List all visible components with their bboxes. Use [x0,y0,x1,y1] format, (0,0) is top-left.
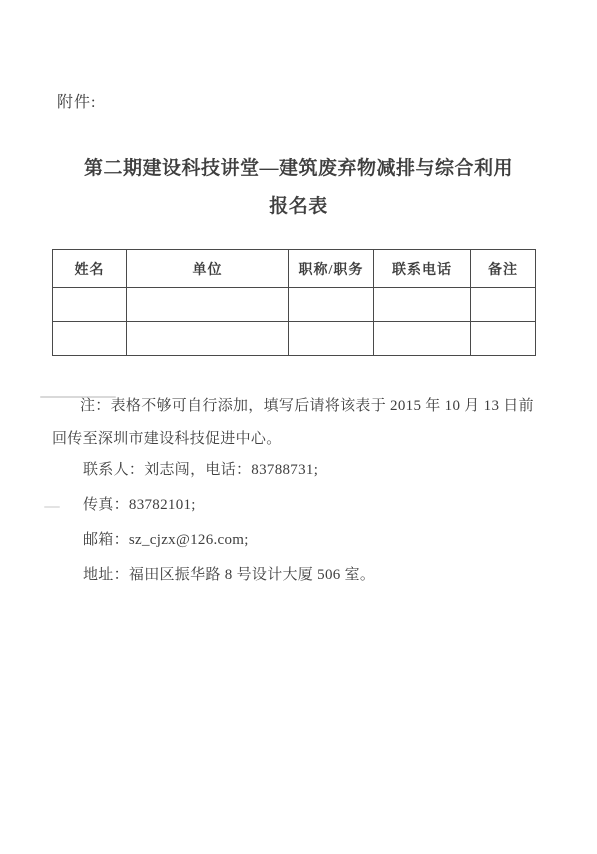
table-row [53,288,536,322]
table-cell [471,288,536,322]
table-cell [127,288,289,322]
table-cell [289,322,374,356]
table-row [53,322,536,356]
contact-line: 地址：福田区振华路 8 号设计大厦 506 室。 [83,558,375,593]
column-header-3: 联系电话 [374,250,471,288]
title-line-1: 第二期建设科技讲堂—建筑废弃物减排与综合利用 [0,150,597,188]
table-cell [374,322,471,356]
table-header-row: 姓名单位职称/职务联系电话备注 [53,250,536,288]
contact-info: 联系人：刘志闯，电话：83788731;传真：83782101;邮箱：sz_cj… [83,453,375,593]
table-cell [374,288,471,322]
column-header-4: 备注 [471,250,536,288]
contact-line: 邮箱：sz_cjzx@126.com; [83,523,375,558]
signup-table: 姓名单位职称/职务联系电话备注 [52,249,536,356]
table-cell [53,322,127,356]
table-cell [127,322,289,356]
document-page: 附件: 第二期建设科技讲堂—建筑废弃物减排与综合利用 报名表 姓名单位职称/职务… [0,0,597,854]
note-line-2: 回传至深圳市建设科技促进中心。 [52,423,547,456]
note-line-1: 注：表格不够可自行添加，填写后请将该表于 2015 年 10 月 13 日前 [52,390,547,423]
scan-artifact-dash [44,506,60,508]
attachment-label: 附件: [57,89,96,112]
note-paragraph: 注：表格不够可自行添加，填写后请将该表于 2015 年 10 月 13 日前 回… [52,390,547,456]
column-header-0: 姓名 [53,250,127,288]
table-cell [471,322,536,356]
document-title: 第二期建设科技讲堂—建筑废弃物减排与综合利用 报名表 [0,150,597,226]
column-header-2: 职称/职务 [289,250,374,288]
table-cell [53,288,127,322]
contact-line: 传真：83782101; [83,488,375,523]
table-cell [289,288,374,322]
title-line-2: 报名表 [0,188,597,226]
contact-line: 联系人：刘志闯，电话：83788731; [83,453,375,488]
column-header-1: 单位 [127,250,289,288]
